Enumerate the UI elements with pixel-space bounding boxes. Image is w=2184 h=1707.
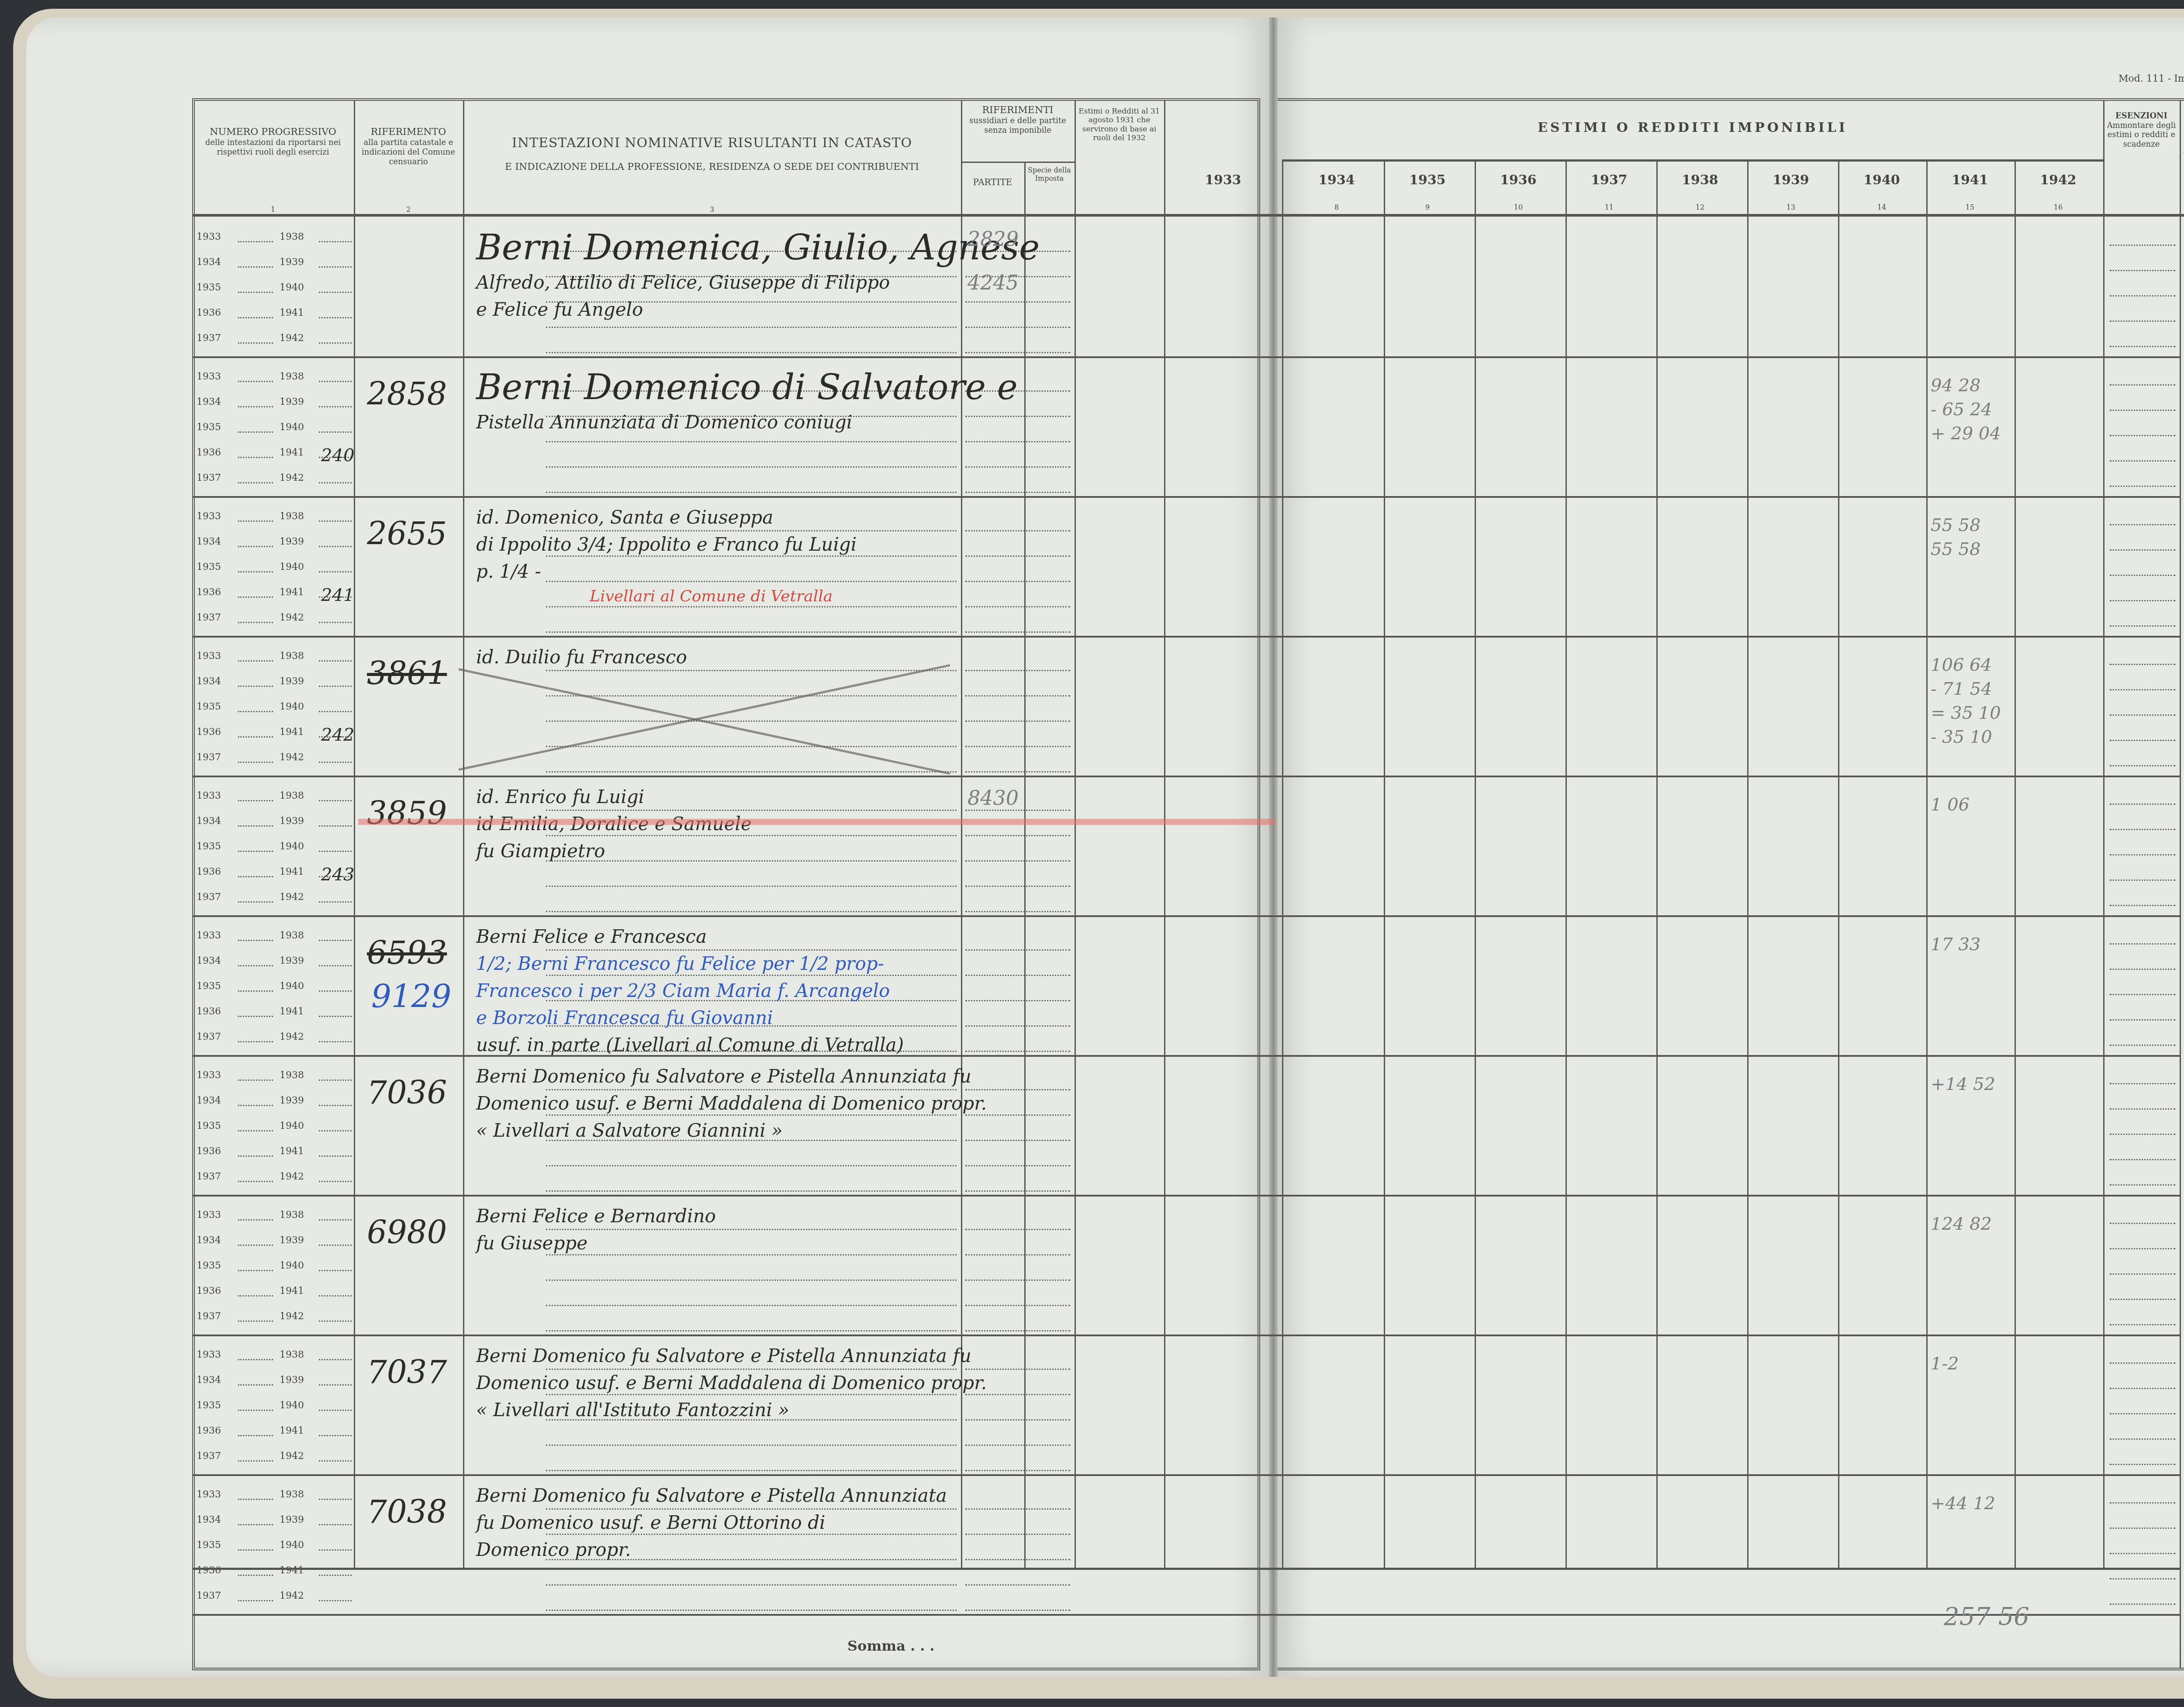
col-num: 13 [1747, 203, 1835, 211]
dotted-line [238, 406, 273, 407]
dotted-line [2110, 549, 2175, 551]
dotted-line [319, 521, 352, 522]
year-label: 1935 [197, 1400, 221, 1411]
dotted-line [319, 1575, 352, 1576]
year-label: 1935 [197, 422, 221, 433]
dotted-line [2110, 689, 2175, 690]
dotted-line [2110, 1299, 2175, 1300]
year-label: 1937 [197, 1031, 221, 1042]
dotted-line [238, 1435, 273, 1436]
dotted-line [2110, 740, 2175, 741]
partita-number: 3859 [367, 795, 447, 831]
year-label: 1938 [280, 1210, 304, 1221]
year-label: 1936 [197, 1146, 221, 1157]
header-year-1935: 1935 [1384, 172, 1471, 188]
year-label: 1941 [280, 1425, 304, 1436]
header-numero-progressivo: NUMERO PROGRESSIVO delle intestazioni da… [197, 127, 349, 157]
dotted-line [2110, 245, 2175, 246]
year-label: 1938 [280, 930, 304, 941]
dotted-line [546, 670, 957, 671]
header-riferimento: RIFERIMENTO alla partita catastale e ind… [356, 127, 461, 166]
year-label: 1938 [280, 371, 304, 382]
year-label: 1934 [197, 1514, 221, 1525]
col-num: 9 [1384, 203, 1471, 211]
col-divider [2180, 100, 2181, 1668]
dotted-line [319, 660, 352, 662]
book-gutter [1269, 17, 1278, 1677]
year-label: 1939 [280, 955, 304, 966]
dotted-line [965, 606, 1070, 607]
dotted-line [546, 695, 957, 697]
year-label: 1936 [197, 866, 221, 877]
year-label: 1933 [197, 790, 221, 801]
value-1941: - 35 10 [1931, 727, 1992, 747]
col-num: 10 [1475, 203, 1562, 211]
dotted-line [319, 1041, 352, 1042]
dotted-line [2110, 460, 2175, 462]
dotted-line [546, 1229, 957, 1230]
dotted-line [965, 1610, 1070, 1611]
dotted-line [238, 660, 273, 662]
dotted-line [546, 631, 957, 633]
dotted-line [546, 721, 957, 722]
dotted-line [2110, 346, 2175, 347]
intestazione-line: Alfredo, Attilio di Felice, Giuseppe di … [476, 272, 890, 293]
dotted-line [965, 1534, 1070, 1535]
dotted-line [319, 1295, 352, 1297]
dotted-line [319, 1524, 352, 1525]
value-1941: 1 06 [1931, 795, 1970, 815]
header-estimi-imponibili: ESTIMI O REDDITI IMPONIBILI [1284, 120, 2101, 136]
dotted-line [319, 571, 352, 572]
dotted-line [238, 1575, 273, 1576]
col-num: 1 [271, 205, 275, 214]
year-label: 1935 [197, 841, 221, 852]
col-num: 3 [710, 205, 714, 214]
col-divider [1565, 162, 1567, 1568]
year-label: 1937 [197, 1171, 221, 1182]
col-divider [1475, 162, 1476, 1568]
year-label: 1938 [280, 1489, 304, 1500]
col-divider [1282, 162, 1283, 1568]
form-label: Mod. 111 - Imposte Dirette (Intercalare)… [2118, 73, 2184, 84]
dotted-line [2110, 486, 2175, 487]
dotted-line [546, 1114, 957, 1116]
partita-number: 6980 [367, 1214, 447, 1251]
header-esenzioni: ESENZIONI Ammontare degli estimi o reddi… [2105, 111, 2177, 149]
year-label: 1939 [280, 1235, 304, 1246]
dotted-line [965, 695, 1070, 697]
year-label: 1936 [197, 1006, 221, 1017]
dotted-line [546, 1165, 957, 1166]
year-label: 1939 [280, 1375, 304, 1386]
col-divider [354, 100, 355, 1568]
dotted-line [965, 441, 1070, 442]
dotted-line [965, 301, 1070, 303]
riferimenti-rule [961, 162, 1075, 163]
dotted-line [319, 1155, 352, 1157]
progressivo-number: 241 [321, 585, 354, 605]
partita-number: 7038 [367, 1493, 447, 1530]
dotted-line [238, 1600, 273, 1601]
year-label: 1934 [197, 257, 221, 268]
dotted-line [319, 940, 352, 941]
dotted-line [238, 990, 273, 992]
red-annotation: Livellari al Comune di Vetralla [590, 587, 833, 605]
dotted-line [238, 1524, 273, 1525]
header-year-1933: 1933 [1166, 172, 1280, 188]
year-label: 1938 [280, 790, 304, 801]
intestazione-line: Berni Domenico fu Salvatore e Pistella A… [476, 1066, 971, 1087]
dotted-line [546, 1534, 957, 1535]
year-label: 1936 [197, 307, 221, 318]
year-label: 1934 [197, 1095, 221, 1106]
col-num: 11 [1565, 203, 1653, 211]
year-label: 1941 [280, 1006, 304, 1017]
dotted-line [965, 860, 1070, 862]
dotted-line [238, 1460, 273, 1462]
dotted-line [319, 342, 352, 344]
year-label: 1940 [280, 1400, 304, 1411]
value-1941: 55 58 [1931, 539, 1981, 559]
entry-separator [192, 1195, 2180, 1197]
year-label: 1942 [280, 1451, 304, 1462]
dotted-line [2110, 575, 2175, 576]
col-divider [1926, 162, 1928, 1568]
partite-value: 2829 [968, 227, 1019, 251]
dotted-line [238, 381, 273, 382]
year-label: 1938 [280, 1070, 304, 1081]
col-divider [1838, 162, 1839, 1568]
dotted-line [319, 1079, 352, 1081]
year-label: 1940 [280, 282, 304, 293]
year-label: 1933 [197, 231, 221, 242]
entry-separator [192, 1474, 2180, 1476]
col-num: 14 [1838, 203, 1925, 211]
dotted-line [238, 1016, 273, 1017]
year-label: 1937 [197, 752, 221, 763]
dotted-line [2110, 625, 2175, 627]
year-label: 1937 [197, 333, 221, 344]
dotted-line [546, 1584, 957, 1586]
dotted-line [965, 1089, 1070, 1090]
dotted-line [238, 1105, 273, 1106]
dotted-line [2110, 664, 2175, 665]
dotted-line [2110, 1184, 2175, 1186]
dotted-line [319, 711, 352, 712]
dotted-line [2110, 600, 2175, 601]
intestazione-line: id. Duilio fu Francesco [476, 646, 687, 668]
dotted-line [2110, 1604, 2175, 1605]
dotted-line [2110, 524, 2175, 525]
dotted-line [238, 1041, 273, 1042]
header-estimi-1931: Estimi o Redditi al 31 agosto 1931 che s… [1077, 107, 1162, 143]
dotted-line [319, 1245, 352, 1246]
year-label: 1941 [280, 587, 304, 598]
dotted-line [965, 810, 1070, 811]
dotted-line [2110, 1438, 2175, 1440]
dotted-line [546, 1610, 957, 1611]
year-label: 1937 [197, 612, 221, 623]
intestazione-line: Berni Felice e Francesca [476, 926, 707, 947]
dotted-line [319, 762, 352, 763]
dotted-line [965, 1470, 1070, 1471]
dotted-line [319, 381, 352, 382]
year-label: 1933 [197, 1070, 221, 1081]
intestazione-line: p. 1/4 - [476, 561, 541, 582]
year-label: 1941 [280, 1146, 304, 1157]
dotted-line [965, 416, 1070, 417]
col-num: 2 [406, 205, 411, 214]
dotted-line [546, 1394, 957, 1395]
year-label: 1934 [197, 1375, 221, 1386]
dotted-line [2110, 1273, 2175, 1275]
dotted-line [238, 482, 273, 483]
somma-label: Somma . . . [847, 1638, 935, 1654]
dotted-line [2110, 1413, 2175, 1414]
year-label: 1942 [280, 333, 304, 344]
header-year-1942: 1942 [2015, 172, 2102, 188]
dotted-line [546, 492, 957, 493]
dotted-line [965, 721, 1070, 722]
col-num: 8 [1293, 203, 1380, 211]
year-label: 1933 [197, 371, 221, 382]
intestazione-line: fu Giuseppe [476, 1232, 587, 1254]
year-label: 1934 [197, 676, 221, 687]
dotted-line [546, 1369, 957, 1370]
year-label: 1938 [280, 1349, 304, 1360]
dotted-line [965, 949, 1070, 951]
dotted-line [965, 1369, 1070, 1370]
year-label: 1940 [280, 981, 304, 992]
dotted-line [546, 1279, 957, 1281]
year-label: 1940 [280, 841, 304, 852]
header-intestazioni-sub: E INDICAZIONE DELLA PROFESSIONE, RESIDEN… [467, 162, 957, 173]
dotted-line [238, 940, 273, 941]
dotted-line [238, 622, 273, 623]
header-specie-imposta: Specie della Imposta [1026, 166, 1072, 183]
dotted-line [319, 1016, 352, 1017]
dotted-line [319, 546, 352, 547]
year-label: 1936 [197, 587, 221, 598]
dotted-line [546, 771, 957, 772]
year-label: 1939 [280, 1095, 304, 1106]
value-1941: 106 64 [1931, 655, 1992, 675]
year-label: 1934 [197, 816, 221, 827]
dotted-line [319, 1270, 352, 1271]
intestazione-line: Berni Domenico di Salvatore e [476, 367, 1018, 407]
dotted-line [238, 342, 273, 344]
dotted-line [238, 1130, 273, 1131]
header-year-1938: 1938 [1656, 172, 1744, 188]
year-label: 1933 [197, 1210, 221, 1221]
value-1941: 124 82 [1931, 1214, 1992, 1234]
dotted-line [965, 975, 1070, 976]
dotted-line [965, 1025, 1070, 1027]
col-divider [1384, 162, 1385, 1568]
dotted-line [2110, 1019, 2175, 1021]
dotted-line [965, 1559, 1070, 1560]
year-label: 1936 [197, 1286, 221, 1297]
dotted-line [546, 975, 957, 976]
dotted-line [238, 1321, 273, 1322]
dotted-line [2110, 943, 2175, 945]
dotted-line [546, 835, 957, 836]
intestazione-line: id. Enrico fu Luigi [476, 786, 644, 807]
header-year-1940: 1940 [1838, 172, 1925, 188]
header-riferimenti-sussidiari: RIFERIMENTI sussidiari e delle partite s… [963, 105, 1072, 135]
dotted-line [319, 1105, 352, 1106]
dotted-line [965, 911, 1070, 912]
dotted-line [2110, 1083, 2175, 1084]
dotted-line [238, 736, 273, 738]
dotted-line [2110, 714, 2175, 716]
year-label: 1934 [197, 955, 221, 966]
year-label: 1933 [197, 1349, 221, 1360]
somma-rule [192, 1568, 2180, 1570]
dotted-line [965, 670, 1070, 671]
dotted-line [965, 1584, 1070, 1586]
dotted-line [965, 581, 1070, 582]
intestazione-line: Domenico propr. [476, 1539, 631, 1560]
dotted-line [2110, 1528, 2175, 1529]
dotted-line [965, 835, 1070, 836]
dotted-line [2110, 270, 2175, 271]
dotted-line [2110, 295, 2175, 297]
year-label: 1938 [280, 231, 304, 242]
partite-value: 4245 [968, 271, 1019, 294]
year-label: 1933 [197, 651, 221, 662]
year-label: 1942 [280, 752, 304, 763]
dotted-line [238, 571, 273, 572]
dotted-line [238, 1079, 273, 1081]
dotted-line [965, 631, 1070, 633]
dotted-line [2110, 1553, 2175, 1554]
year-label: 1935 [197, 701, 221, 712]
dotted-line [546, 466, 957, 468]
value-1941: +14 52 [1931, 1074, 1995, 1094]
dotted-line [238, 686, 273, 687]
dotted-line [238, 762, 273, 763]
value-1941: - 65 24 [1931, 400, 1992, 420]
intestazione-line: Pistella Annunziata di Domenico coniugi [476, 411, 852, 433]
dotted-line [2110, 1362, 2175, 1364]
year-label: 1942 [280, 1171, 304, 1182]
dotted-line [965, 1051, 1070, 1052]
dotted-line [965, 1254, 1070, 1255]
dotted-line [319, 292, 352, 293]
dotted-line [319, 1600, 352, 1601]
dotted-line [965, 352, 1070, 353]
year-label: 1942 [280, 1590, 304, 1601]
dotted-line [965, 1190, 1070, 1192]
intestazione-line: usuf. in parte (Livellari al Comune di V… [476, 1034, 904, 1055]
value-1941: = 35 10 [1931, 703, 2001, 723]
dotted-line [319, 1181, 352, 1182]
progressivo-number: 240 [321, 445, 354, 466]
year-label: 1933 [197, 930, 221, 941]
dotted-line [2110, 1045, 2175, 1046]
col-divider [2015, 162, 2016, 1568]
dotted-line [965, 327, 1070, 328]
value-1941: 1-2 [1931, 1354, 1959, 1374]
col-divider [463, 100, 464, 1568]
entry-separator [192, 1614, 2180, 1616]
dotted-line [546, 860, 957, 862]
dotted-line [238, 292, 273, 293]
col-num: 16 [2015, 203, 2102, 211]
year-label: 1936 [197, 727, 221, 738]
header-year-1936: 1936 [1475, 172, 1562, 188]
dotted-line [2110, 1248, 2175, 1249]
dotted-line [319, 851, 352, 852]
dotted-line [238, 241, 273, 242]
dotted-line [238, 457, 273, 458]
entry-separator [192, 776, 2180, 777]
year-label: 1941 [280, 447, 304, 458]
year-label: 1937 [197, 1451, 221, 1462]
year-label: 1940 [280, 1121, 304, 1131]
dotted-line [238, 431, 273, 433]
dotted-line [238, 1499, 273, 1500]
dotted-line [2110, 879, 2175, 881]
year-label: 1942 [280, 892, 304, 903]
dotted-line [965, 1114, 1070, 1116]
dotted-line [319, 431, 352, 433]
dotted-line [546, 327, 957, 328]
dotted-line [546, 886, 957, 887]
dotted-line [2110, 994, 2175, 995]
year-label: 1935 [197, 282, 221, 293]
dotted-line [319, 1219, 352, 1221]
dotted-line [2110, 1464, 2175, 1465]
value-1941: 94 28 [1931, 376, 1981, 396]
dotted-line [2110, 1159, 2175, 1160]
dotted-line [965, 746, 1070, 747]
year-label: 1939 [280, 1514, 304, 1525]
dotted-line [238, 1245, 273, 1246]
partita-number: 2655 [367, 515, 447, 552]
dotted-line [546, 1445, 957, 1446]
year-label: 1937 [197, 1311, 221, 1322]
year-label: 1936 [197, 447, 221, 458]
year-label: 1941 [280, 1286, 304, 1297]
header-partite: PARTITE [963, 177, 1022, 187]
year-label: 1937 [197, 1590, 221, 1601]
year-label: 1940 [280, 422, 304, 433]
year-label: 1939 [280, 676, 304, 687]
year-label: 1942 [280, 1311, 304, 1322]
dotted-line [2110, 384, 2175, 386]
dotted-line [2110, 1134, 2175, 1135]
partita-number: 7037 [367, 1354, 447, 1390]
dotted-line [238, 1219, 273, 1221]
header-intestazioni: INTESTAZIONI NOMINATIVE RISULTANTI IN CA… [467, 135, 957, 151]
entry-separator [192, 496, 2180, 498]
year-label: 1935 [197, 1121, 221, 1131]
header-year-1934: 1934 [1293, 172, 1380, 188]
dotted-line [546, 1089, 957, 1090]
dotted-line [2110, 969, 2175, 970]
dotted-line [546, 949, 957, 951]
intestazione-line: 1/2; Berni Francesco fu Felice per 1/2 p… [476, 953, 884, 974]
year-label: 1934 [197, 397, 221, 407]
dotted-line [965, 466, 1070, 468]
year-label: 1939 [280, 397, 304, 407]
dotted-line [238, 1181, 273, 1182]
dotted-line [319, 1549, 352, 1551]
entry-separator [192, 915, 2180, 917]
